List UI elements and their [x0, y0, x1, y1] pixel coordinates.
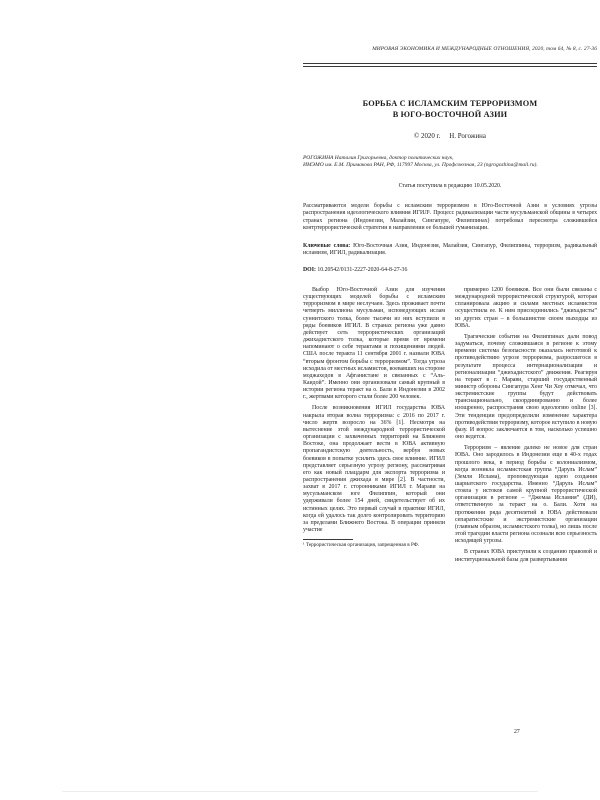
author-affiliation: РОГОЖИНА Наталия Григорьевна, доктор пол…: [303, 155, 597, 169]
copyright-symbol-year: © 2020 г.: [414, 133, 440, 140]
right-column: примерно 1200 боевиков. Все они были свя…: [455, 287, 597, 568]
article-title: БОРЬБА С ИСЛАМСКИМ ТЕРРОРИЗМОМ В ЮГО-ВОС…: [303, 98, 597, 120]
running-head: МИРОВАЯ ЭКОНОМИКА И МЕЖДУНАРОДНЫЕ ОТНОШЕ…: [303, 46, 597, 52]
footnote-separator: [303, 539, 353, 540]
journal-page: { "header": { "journal_line": "МИРОВАЯ Э…: [0, 0, 600, 800]
footnote-text: ¹ Террористическая организация, запрещен…: [303, 542, 445, 548]
body-paragraph: Выбор Юго-Восточной Азии для изучения су…: [303, 287, 445, 402]
page-number: 27: [514, 729, 520, 735]
body-paragraph: В странах ЮВА приступили к созданию прав…: [455, 549, 597, 563]
header-rule: [303, 63, 597, 67]
doi-value: 10.20542/0131-2227-2020-64-8-27-36: [316, 267, 407, 273]
doi-line: DOI: 10.20542/0131-2227-2020-64-8-27-36: [303, 267, 597, 274]
title-line-2: В ЮГО-ВОСТОЧНОЙ АЗИИ: [303, 109, 597, 120]
body-paragraph: примерно 1200 боевиков. Все они были свя…: [455, 287, 597, 330]
author-name: Н. Рогожина: [449, 133, 486, 140]
abstract-text: Рассматриваются модели борьбы с исламски…: [303, 203, 597, 231]
keywords-line: Ключевые слова: Юго-Восточная Азия, Индо…: [303, 243, 597, 257]
copyright-line: © 2020 г.Н. Рогожина: [303, 133, 597, 140]
page-content: МИРОВАЯ ЭКОНОМИКА И МЕЖДУНАРОДНЫЕ ОТНОШЕ…: [303, 0, 597, 568]
body-columns: Выбор Юго-Восточной Азии для изучения су…: [303, 287, 597, 568]
doi-label: DOI:: [303, 267, 316, 273]
body-paragraph: Трагические события на Филиппинах дали п…: [455, 334, 597, 441]
left-column: Выбор Юго-Восточной Азии для изучения су…: [303, 287, 445, 568]
keywords-label: Ключевые слова:: [303, 243, 350, 249]
body-paragraph: Терроризм – явление далеко не новое для …: [455, 445, 597, 545]
body-paragraph: После возникновения ИГИЛ государства ЮВА…: [303, 405, 445, 534]
title-line-1: БОРЬБА С ИСЛАМСКИМ ТЕРРОРИЗМОМ: [303, 98, 597, 109]
scan-edge-artifact: [62, 791, 538, 792]
affiliation-line-2: ИМЭМО им. Е.М. Примакова РАН, РФ, 117997…: [303, 162, 597, 169]
received-date: Статья поступила в редакцию 10.05.2020.: [303, 183, 597, 189]
